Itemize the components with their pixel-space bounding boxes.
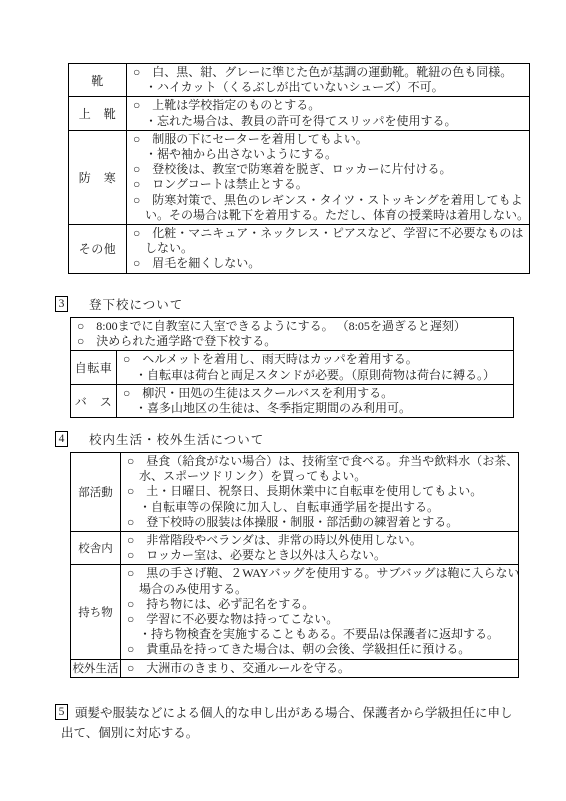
table-row: バ ス ○ 柳沢・田処の生徒はスクールバスを利用する。 ・喜多山地区の生徒は、冬… <box>71 384 513 417</box>
rule-line: 場合のみ使用する。 <box>127 582 518 597</box>
row-content: ○ 白、黒、紺、グレーに準じた色が基調の運動靴。靴紐の色も同様。 ・ハイカット（… <box>127 64 529 96</box>
row-label: 部活動 <box>71 453 121 531</box>
rule-line: ○ ロングコートは禁止とする。 <box>133 177 529 192</box>
section-heading-commuting: 3 登下校について <box>55 295 183 313</box>
row-label: 防 寒 <box>69 131 127 224</box>
rule-line: ○ 8:00までに自教室に入室できるようにする。 （8:05を過ぎると遅刻） <box>77 319 513 334</box>
table-row: 部活動 ○ 昼食（給食がない場合）は、技術室で食べる。弁当や飲料水（お茶、 水、… <box>71 453 518 531</box>
rule-line: ・持ち物検査を実施することもある。不要品は保護者に返却する。 <box>127 627 518 642</box>
dress-code-table: 靴 ○ 白、黒、紺、グレーに準じた色が基調の運動靴。靴紐の色も同様。 ・ハイカッ… <box>68 63 530 274</box>
row-label: 上 靴 <box>69 97 127 129</box>
row-content: ○ 大洲市のきまり、交通ルールを守る。 <box>121 660 518 677</box>
rule-line: 水、スポーツドリンク）を買ってもよい。 <box>127 469 518 484</box>
row-label: 校舎内 <box>71 532 121 564</box>
rule-line: ○ ヘルメットを着用し、雨天時はカッパを着用する。 <box>123 352 513 367</box>
section-number-box: 5 <box>55 704 68 720</box>
rule-line: ○ 柳沢・田処の生徒はスクールバスを利用する。 <box>123 386 513 401</box>
row-content: ○ 化粧・マニキュア・ネックレス・ピアスなど、学習に不必要なものは しない。 ○… <box>127 225 529 273</box>
table-row: 校外生活 ○ 大洲市のきまり、交通ルールを守る。 <box>71 659 518 677</box>
row-content: ○ ヘルメットを着用し、雨天時はカッパを着用する。 ・自転車は荷台と両足スタンド… <box>117 351 513 383</box>
school-life-table: 部活動 ○ 昼食（給食がない場合）は、技術室で食べる。弁当や飲料水（お茶、 水、… <box>70 452 519 678</box>
section-title: 登下校について <box>89 295 183 313</box>
rule-line: ・喜多山地区の生徒は、冬季指定期間のみ利用可。 <box>123 401 513 416</box>
table-row: その他 ○ 化粧・マニキュア・ネックレス・ピアスなど、学習に不必要なものは しな… <box>69 224 529 273</box>
commuting-table: ○ 8:00までに自教室に入室できるようにする。 （8:05を過ぎると遅刻） ○… <box>70 317 514 418</box>
closing-text: 頭髪や服装などによる個人的な申し出がある場合、保護者から学級担任に申し <box>75 703 513 721</box>
row-content: ○ 非常階段やベランダは、非常の時以外使用しない。 ○ ロッカー室は、必要なとき… <box>121 532 518 564</box>
table-row: ○ 8:00までに自教室に入室できるようにする。 （8:05を過ぎると遅刻） ○… <box>71 318 513 350</box>
section-number-box: 3 <box>55 296 68 312</box>
table-row: 防 寒 ○ 制服の下にセーターを着用してもよい。 ・裾や袖から出さないようにする… <box>69 130 529 224</box>
row-label: 靴 <box>69 64 127 96</box>
row-label: 持ち物 <box>71 565 121 658</box>
closing-text: 出て、個別に対応する。 <box>55 723 537 741</box>
row-label: その他 <box>69 225 127 273</box>
rule-line: い。その場合は靴下を着用する。ただし、体育の授業時は着用しない。 <box>133 208 529 223</box>
rule-line: ・自転車等の保険に加入し、自転車通学届を提出する。 <box>127 500 518 515</box>
rule-line: ○ 防寒対策で、黒色のレギンス・タイツ・ストッキングを着用してもよ <box>133 193 529 208</box>
rule-line: ・裾や袖から出さないようにする。 <box>133 147 529 162</box>
rule-line: ○ 昼食（給食がない場合）は、技術室で食べる。弁当や飲料水（お茶、 <box>127 454 518 469</box>
row-content: ○ 黒の手さげ鞄、２WAYバッグを使用する。サブバッグは鞄に入らない 場合のみ使… <box>121 565 518 658</box>
rule-line: ○ 化粧・マニキュア・ネックレス・ピアスなど、学習に不必要なものは <box>133 226 529 241</box>
table-row: 持ち物 ○ 黒の手さげ鞄、２WAYバッグを使用する。サブバッグは鞄に入らない 場… <box>71 564 518 658</box>
rule-line: ○ 黒の手さげ鞄、２WAYバッグを使用する。サブバッグは鞄に入らない <box>127 566 518 581</box>
section-heading-school-life: 4 校内生活・校外生活について <box>55 430 264 448</box>
section-number-box: 4 <box>55 431 68 447</box>
rule-line: ○ 非常階段やベランダは、非常の時以外使用しない。 <box>127 533 518 548</box>
row-content: ○ 昼食（給食がない場合）は、技術室で食べる。弁当や飲料水（お茶、 水、スポーツ… <box>121 453 518 531</box>
table-row: 靴 ○ 白、黒、紺、グレーに準じた色が基調の運動靴。靴紐の色も同様。 ・ハイカッ… <box>69 64 529 96</box>
closing-line: 5 頭髪や服装などによる個人的な申し出がある場合、保護者から学級担任に申し <box>55 703 537 721</box>
rule-line: ○ 眉毛を細くしない。 <box>133 256 529 271</box>
rule-line: しない。 <box>133 241 529 256</box>
row-content: ○ 8:00までに自教室に入室できるようにする。 （8:05を過ぎると遅刻） ○… <box>71 318 513 350</box>
rule-line: ○ 土・日曜日、祝祭日、長期休業中に自転車を使用してもよい。 <box>127 484 518 499</box>
rule-line: ○ 学習に不必要な物は持ってこない。 <box>127 612 518 627</box>
row-label: 校外生活 <box>71 660 121 677</box>
closing-paragraph: 5 頭髪や服装などによる個人的な申し出がある場合、保護者から学級担任に申し 出て… <box>55 703 537 741</box>
row-content: ○ 制服の下にセーターを着用してもよい。 ・裾や袖から出さないようにする。 ○ … <box>127 131 529 224</box>
section-title: 校内生活・校外生活について <box>89 430 264 448</box>
row-label: 自転車 <box>71 351 117 383</box>
rule-line: ○ 登下校時の服装は体操服・制服・部活動の練習着とする。 <box>127 515 518 530</box>
table-row: 自転車 ○ ヘルメットを着用し、雨天時はカッパを着用する。 ・自転車は荷台と両足… <box>71 350 513 383</box>
row-label: バ ス <box>71 385 117 417</box>
rule-line: ・ハイカット（くるぶしが出ていないシューズ）不可。 <box>133 80 529 95</box>
rule-line: ○ 登校後は、教室で防寒着を脱ぎ、ロッカーに片付ける。 <box>133 162 529 177</box>
rule-line: ○ 上靴は学校指定のものとする。 <box>133 98 529 113</box>
table-row: 上 靴 ○ 上靴は学校指定のものとする。 ・忘れた場合は、教員の許可を得てスリッ… <box>69 96 529 129</box>
row-content: ○ 柳沢・田処の生徒はスクールバスを利用する。 ・喜多山地区の生徒は、冬季指定期… <box>117 385 513 417</box>
rule-line: ○ 制服の下にセーターを着用してもよい。 <box>133 132 529 147</box>
rule-line: ○ 大洲市のきまり、交通ルールを守る。 <box>127 661 518 676</box>
rule-line: ○ ロッカー室は、必要なとき以外は入らない。 <box>127 548 518 563</box>
rule-line: ○ 貴重品を持ってきた場合は、朝の会後、学級担任に預ける。 <box>127 642 518 657</box>
rule-line: ○ 持ち物には、必ず記名をする。 <box>127 597 518 612</box>
table-row: 校舎内 ○ 非常階段やベランダは、非常の時以外使用しない。 ○ ロッカー室は、必… <box>71 531 518 564</box>
rule-line: ・自転車は荷台と両足スタンドが必要。（原則荷物は荷台に縛る。） <box>123 368 513 383</box>
document-page: 靴 ○ 白、黒、紺、グレーに準じた色が基調の運動靴。靴紐の色も同様。 ・ハイカッ… <box>0 0 566 801</box>
rule-line: ・忘れた場合は、教員の許可を得てスリッパを使用する。 <box>133 114 529 129</box>
row-content: ○ 上靴は学校指定のものとする。 ・忘れた場合は、教員の許可を得てスリッパを使用… <box>127 97 529 129</box>
rule-line: ○ 決められた通学路で登下校する。 <box>77 334 513 349</box>
rule-line: ○ 白、黒、紺、グレーに準じた色が基調の運動靴。靴紐の色も同様。 <box>133 65 529 80</box>
